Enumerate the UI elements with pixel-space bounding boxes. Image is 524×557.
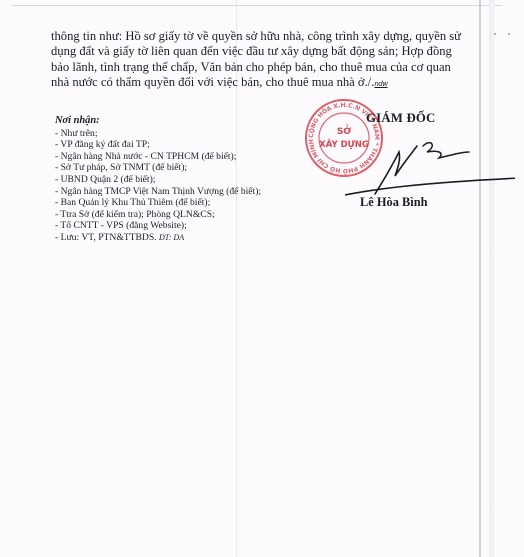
paragraph-line-last: nhà nước có thẩm quyền đối với việc bán,… xyxy=(51,75,476,92)
paragraph-line: nhà nước có thẩm quyền đối với việc bán,… xyxy=(51,75,374,89)
recipients-list: Nơi nhận: - Như trên; - VP đăng ký đất đ… xyxy=(55,115,295,244)
drafter-note: DT: DA xyxy=(159,233,184,242)
recipient-item: - Ngân hàng TMCP Việt Nam Thịnh Vượng (đ… xyxy=(55,186,295,198)
recipients-heading: Nơi nhận: xyxy=(55,115,295,127)
page-right-shadow xyxy=(489,0,495,557)
handwritten-initials: ndw xyxy=(374,80,387,88)
scan-speck xyxy=(508,33,510,35)
recipient-item: - Sở Tư pháp, Sở TNMT (để biết); xyxy=(55,162,295,174)
recipient-item: - Ttra Sở (để kiểm tra); Phòng QLN&CS; xyxy=(55,209,295,221)
recipient-item-last: - Lưu: VT, PTN&TTBDS. DT: DA xyxy=(55,232,295,244)
signatory-title: GIÁM ĐỐC xyxy=(366,111,436,126)
scan-edge-top xyxy=(12,5,502,6)
recipient-item: - VP đăng ký đất đai TP; xyxy=(55,139,295,151)
scan-speck xyxy=(494,33,496,35)
recipient-item: - UBND Quận 2 (để biết); xyxy=(55,174,295,186)
recipient-item: - Lưu: VT, PTN&TTBDS. xyxy=(55,232,157,243)
recipient-item: - Ban Quản lý Khu Thủ Thiêm (để biết); xyxy=(55,197,295,209)
signatory-name: Lê Hòa Bình xyxy=(360,195,427,210)
paragraph-line: dụng đất và giấy tờ liên quan đến việc đ… xyxy=(51,44,476,59)
recipient-item: - Ngân hàng Nhà nước - CN TPHCM (để biết… xyxy=(55,151,295,163)
paragraph-line: bảo lãnh, tình trạng thế chấp, Văn bản c… xyxy=(51,60,476,75)
recipient-item: - Tổ CNTT - VPS (đăng Website); xyxy=(55,220,295,232)
body-paragraph: thông tin như: Hồ sơ giấy tờ về quyền sở… xyxy=(51,29,476,93)
page-right-edge xyxy=(479,0,481,557)
recipient-item: - Như trên; xyxy=(55,128,295,140)
paragraph-line: thông tin như: Hồ sơ giấy tờ về quyền sở… xyxy=(51,29,476,44)
